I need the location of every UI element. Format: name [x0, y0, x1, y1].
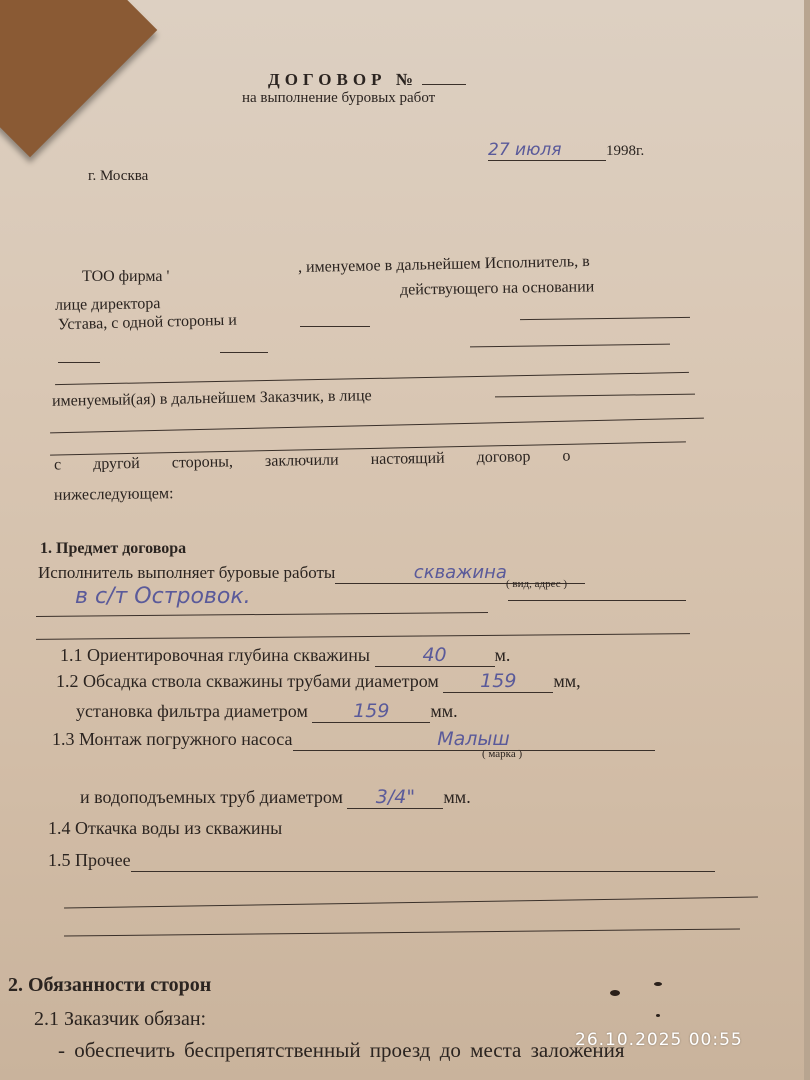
section2-heading: 2. Обязанности сторон: [8, 974, 211, 997]
item-1-4: 1.4 Откачка воды из скважины: [48, 818, 282, 839]
ink-speck: [610, 990, 620, 996]
filter-diameter-value: 159: [312, 700, 430, 723]
works-caption: ( вид, адрес ): [506, 578, 567, 590]
blank-line: [508, 600, 686, 601]
section2-sub: 2.1 Заказчик обязан:: [34, 1008, 206, 1031]
item-1-5: 1.5 Прочее: [48, 850, 715, 872]
date-year: 1998г.: [606, 143, 644, 159]
section2-bullet1: - обеспечить беспрепятственный проезд до…: [58, 1038, 625, 1063]
item-filter: установка фильтра диаметром 159мм.: [76, 700, 458, 723]
works-label: Исполнитель выполняет буровые работы: [38, 563, 335, 582]
preamble-line2a: лице директора: [55, 295, 161, 315]
contract-subtitle: на выполнение буровых работ: [242, 90, 435, 107]
blank-line: [300, 326, 370, 327]
photo-timestamp: 26.10.2025 00:55: [575, 1030, 743, 1050]
item-1-2: 1.2 Обсадка ствола скважины трубами диам…: [56, 670, 581, 693]
ink-speck: [654, 982, 662, 986]
address-value: в с/т Островок.: [75, 584, 251, 609]
item-riser-pipes: и водоподъемных труб диаметром 3/4"мм.: [80, 786, 471, 809]
page-edge: [804, 0, 810, 1080]
riser-diameter-value: 3/4": [347, 786, 443, 809]
closing-line2: нижеследующем:: [54, 485, 174, 505]
item-1-1: 1.1 Ориентировочная глубина скважины 40м…: [60, 644, 510, 667]
casing-diameter-value: 159: [443, 670, 553, 693]
blank-line: [58, 362, 100, 363]
pump-caption: ( марка ): [482, 748, 522, 760]
depth-value: 40: [375, 644, 495, 667]
preamble-line2b: действующего на основании: [400, 278, 595, 299]
works-row: Исполнитель выполняет буровые работысква…: [38, 562, 585, 584]
item-1-3: 1.3 Монтаж погружного насосаМалыш: [52, 728, 655, 751]
blank-line: [220, 352, 268, 353]
contract-date: 27 июля1998г.: [488, 140, 644, 161]
city: г. Москва: [88, 168, 148, 185]
contract-title: ДОГОВОР №: [268, 70, 466, 90]
section1-heading: 1. Предмет договора: [40, 540, 186, 558]
preamble-line1a: ТОО фирма ': [82, 268, 169, 286]
date-handwritten: 27 июля: [488, 140, 606, 161]
pump-brand-value: Малыш: [293, 728, 655, 751]
ink-speck: [656, 1014, 660, 1017]
